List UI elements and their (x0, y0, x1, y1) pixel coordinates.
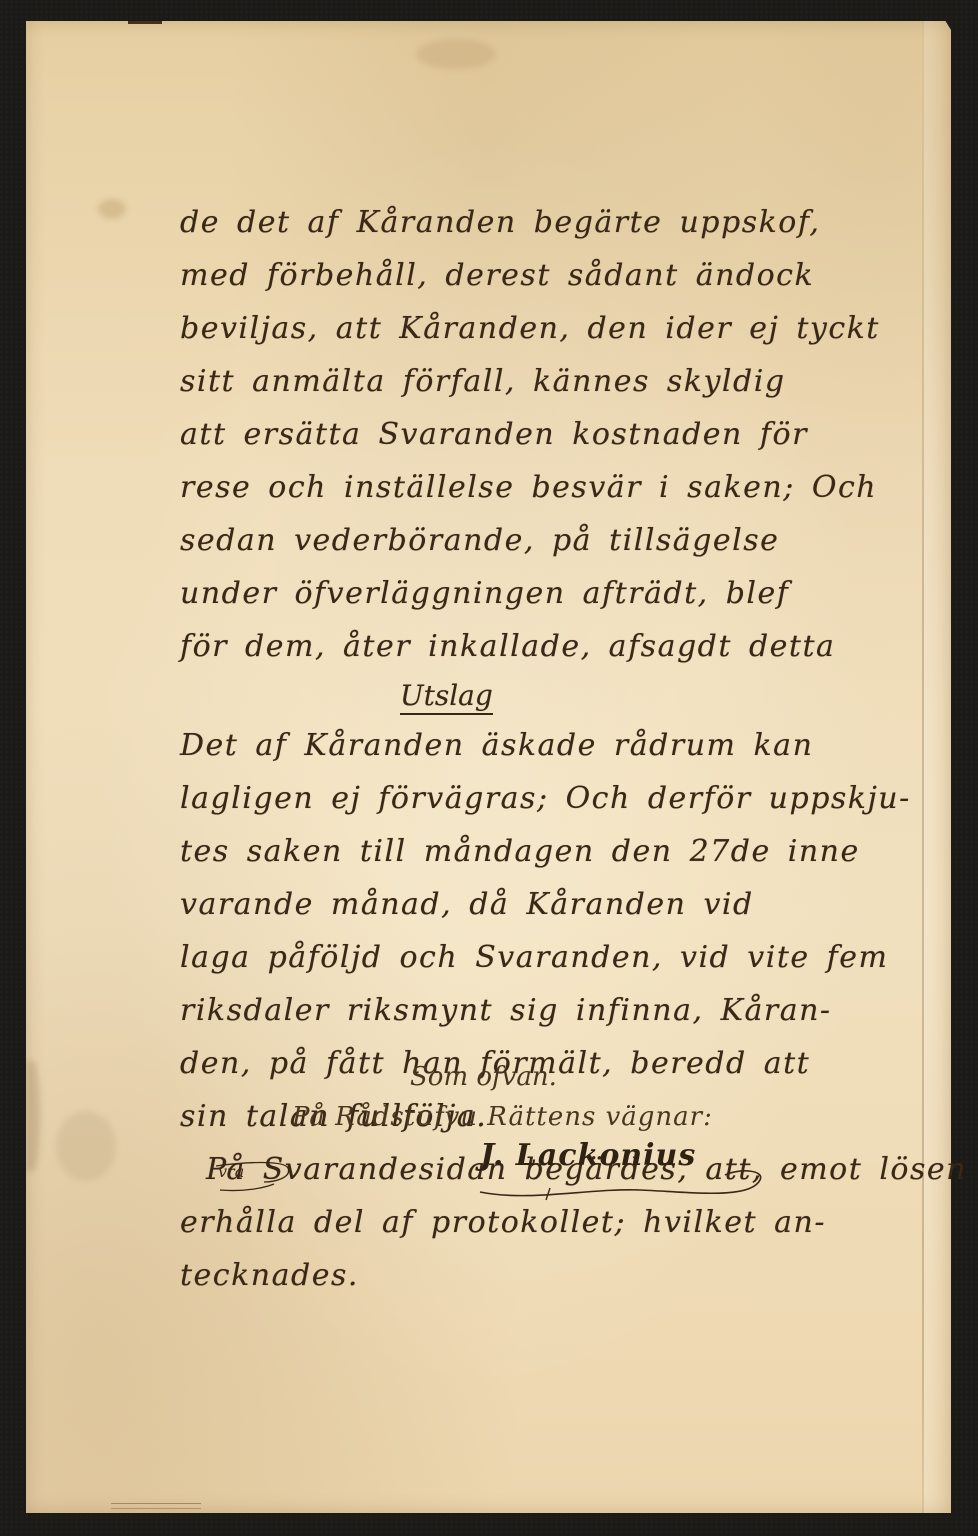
text-line: rese och inställelse besvär i saken; Och (180, 461, 900, 514)
stain-mark (98, 199, 126, 219)
ruling-line: lagligen ej förvägras; Och derför uppskj… (180, 772, 900, 825)
text-line: sedan vederbörande, på tillsägelse (180, 514, 900, 567)
top-discoloration (416, 39, 496, 69)
ruling-line: tes saken till måndagen den 27de inne (180, 825, 900, 878)
bottom-edge-tear (111, 1503, 201, 1509)
text-line: att ersätta Svaranden kostnaden för (180, 408, 900, 461)
ruling-line: riksdaler riksmynt sig infinna, Kåran- (180, 984, 900, 1037)
ruling-line: Det af Kåranden äskade rådrum kan (180, 719, 900, 772)
final-paragraph-line: tecknades. (180, 1249, 900, 1302)
text-line: beviljas, att Kåranden, den ider ej tyck… (180, 302, 900, 355)
text-line: för dem, åter inkallade, afsagdt detta (180, 620, 900, 673)
signature: J. Lackonius (480, 1138, 696, 1173)
ruling-line: laga påföljd och Svaranden, vid vite fem (180, 931, 900, 984)
text-line: de det af Kåranden begärte uppskof, (180, 196, 900, 249)
ruling-heading: Utslag (180, 673, 900, 719)
foxing-spots (56, 1111, 116, 1181)
top-edge-nick (128, 21, 162, 24)
text-line: med förbehåll, derest sådant ändock (180, 249, 900, 302)
edge-wear (26, 1061, 40, 1171)
text-line: sitt anmälta förfall, kännes skyldig (180, 355, 900, 408)
ruling-heading-text: Utslag (400, 679, 493, 715)
clerk-initials: vra (218, 1162, 244, 1181)
closing-as-above: Som ofvan. (410, 1062, 557, 1092)
ruling-line: varande månad, då Kåranden vid (180, 878, 900, 931)
folded-edge-strip (924, 21, 951, 1513)
closing-court-on-behalf: På Rådstufvu Rättens vägnar: (292, 1102, 713, 1132)
text-line: under öfverläggningen afträdt, blef (180, 567, 900, 620)
